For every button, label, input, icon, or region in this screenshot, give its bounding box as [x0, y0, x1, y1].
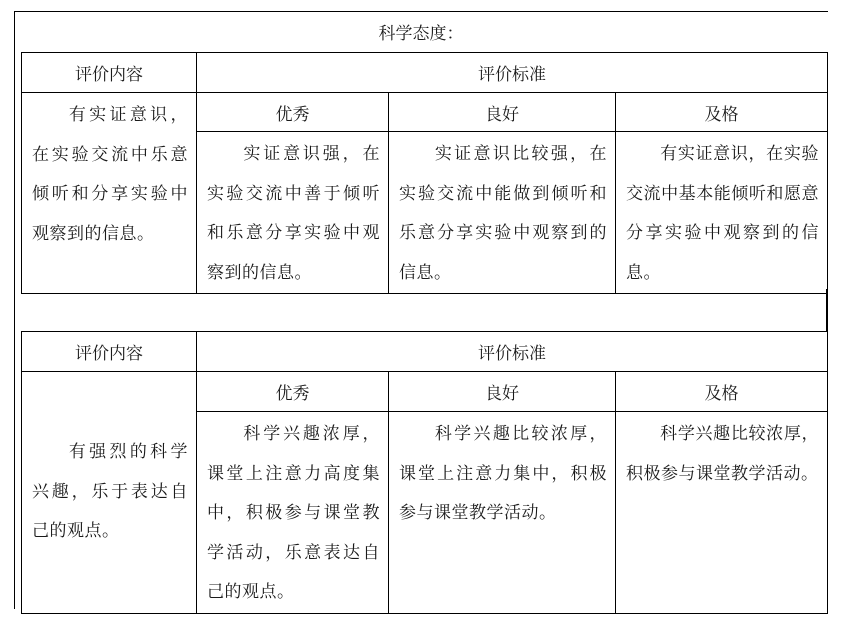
level-good: 良好 [389, 93, 616, 132]
criteria-header: 评价标准 [197, 53, 828, 93]
level-excellent: 优秀 [197, 372, 389, 412]
evaluation-table-1: 评价内容 评价标准 有实证意识，在实验交流中乐意倾听和分享实验中观察到的信息。 … [21, 52, 828, 294]
criteria-excellent: 科学兴趣浓厚，课堂上注意力高度集中，积极参与课堂教学活动，乐意表达自己的观点。 [197, 412, 389, 614]
level-good: 良好 [389, 372, 616, 412]
section-title: 科学态度： [14, 11, 828, 52]
content-description: 有强烈的科学兴趣，乐于表达自己的观点。 [22, 372, 197, 614]
criteria-pass: 科学兴趣比较浓厚，积极参与课堂教学活动。 [616, 412, 828, 614]
frame-right-edge [826, 289, 828, 331]
criteria-good: 科学兴趣比较浓厚，课堂上注意力集中，积极参与课堂教学活动。 [389, 412, 616, 614]
criteria-good: 实证意识比较强，在实验交流中能做到倾听和乐意分享实验中观察到的信息。 [389, 132, 616, 294]
criteria-pass: 有实证意识，在实验交流中基本能倾听和愿意分享实验中观察到的信息。 [616, 132, 828, 294]
level-pass: 及格 [616, 93, 828, 132]
level-excellent: 优秀 [197, 93, 389, 132]
content-header: 评价内容 [22, 53, 197, 93]
level-pass: 及格 [616, 372, 828, 412]
evaluation-table-2: 评价内容 评价标准 有强烈的科学兴趣，乐于表达自己的观点。 优秀 良好 及格 科… [21, 331, 828, 614]
criteria-excellent: 实证意识强，在实验交流中善于倾听和乐意分享实验中观察到的信息。 [197, 132, 389, 294]
content-description: 有实证意识，在实验交流中乐意倾听和分享实验中观察到的信息。 [22, 93, 197, 294]
criteria-header: 评价标准 [197, 332, 828, 372]
content-header: 评价内容 [22, 332, 197, 372]
